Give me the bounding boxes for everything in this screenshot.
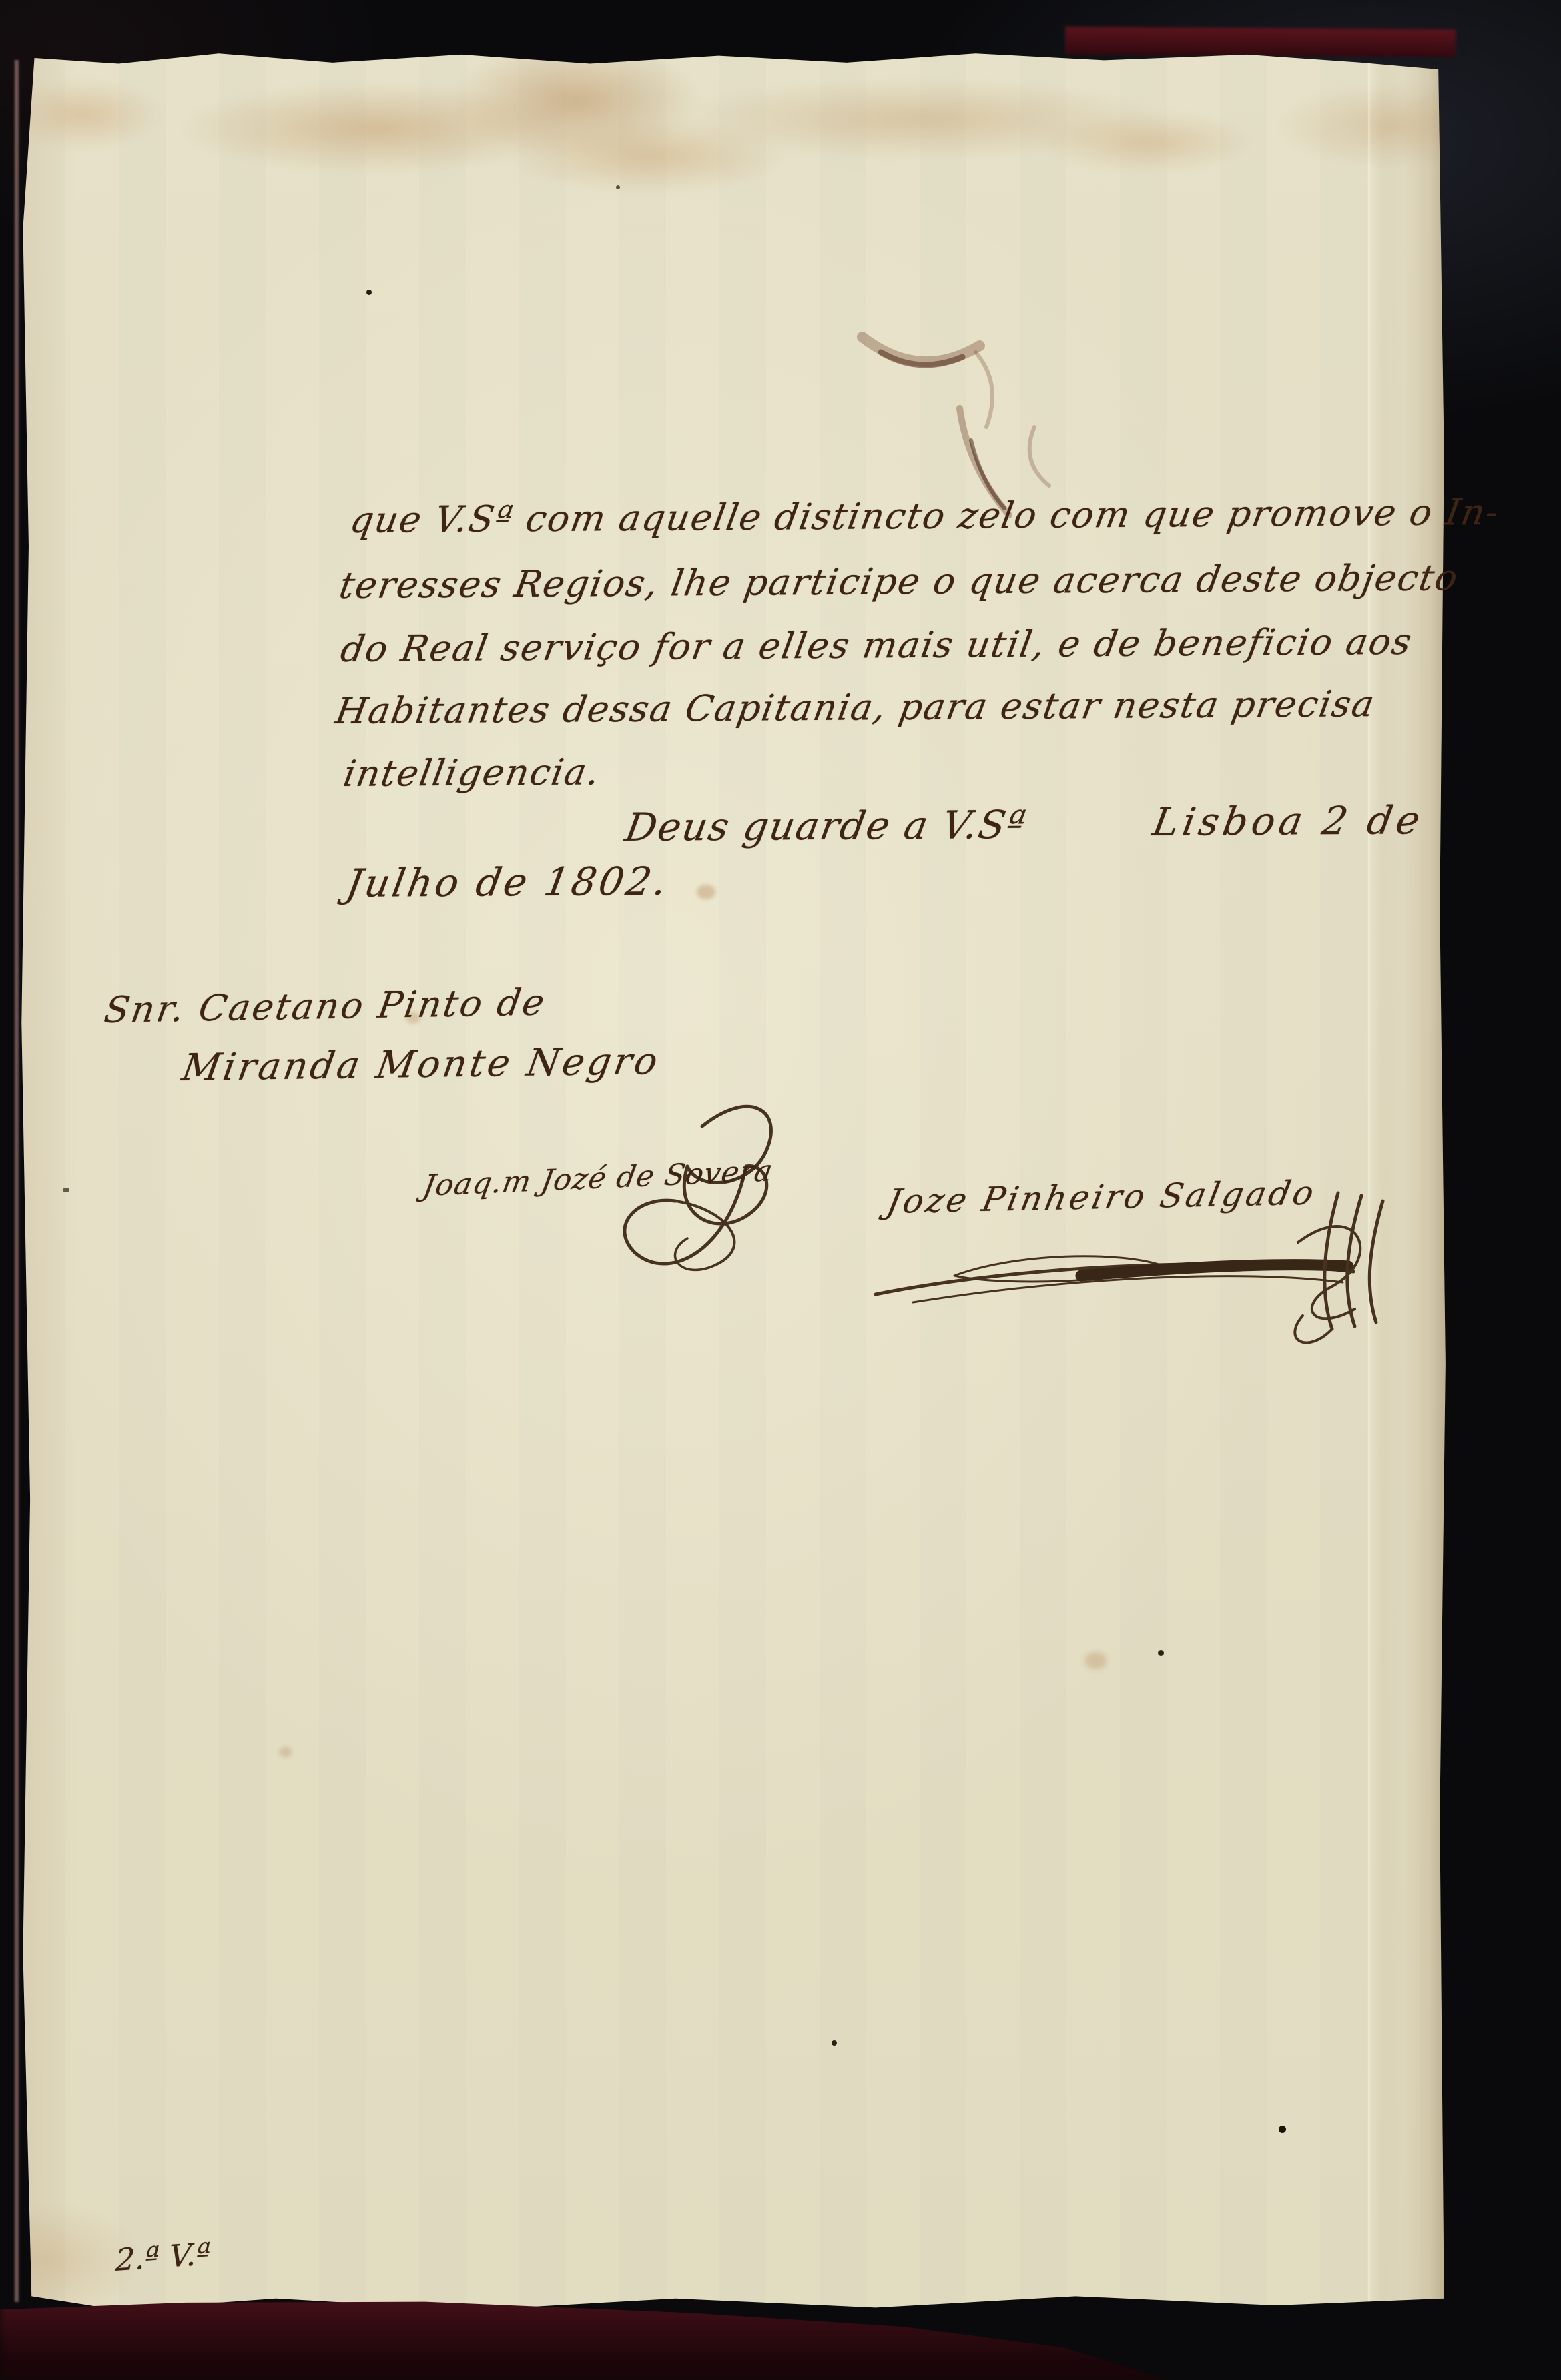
ink-speck: [63, 1188, 69, 1192]
ink-speck: [832, 2040, 837, 2046]
valediction: Deus guarde a V.Sª: [622, 802, 1030, 850]
ink-speck: [366, 290, 372, 295]
fox-spot: [697, 885, 715, 899]
scan-background: que V.Sª com aquelle distincto zelo com …: [0, 0, 1561, 2380]
place-date: Lisboa 2 de: [1149, 797, 1428, 845]
body-line-2: teresses Regios, lhe participe o que ace…: [336, 556, 1462, 607]
ink-speck: [616, 185, 620, 189]
right-fold-crease: [1368, 47, 1447, 2317]
paper-hole: [1279, 2126, 1286, 2133]
recipient-line-1: Snr. Caetano Pinto de: [101, 981, 549, 1031]
fox-spot: [1085, 1652, 1107, 1669]
scan-rim-left: [15, 60, 19, 2302]
book-edge-bottom: [0, 2294, 1328, 2380]
body-line-3: do Real serviço for a elles mais util, e…: [338, 621, 1416, 670]
body-line-5: intelligencia.: [340, 751, 604, 795]
fox-spot: [279, 1747, 292, 1757]
ink-speck: [1158, 1650, 1164, 1656]
archival-note: 2.ª V.ª: [115, 2235, 212, 2278]
recipient-line-2: Miranda Monte Negro: [179, 1040, 663, 1090]
body-line-4: Habitantes dessa Capitania, para estar n…: [332, 683, 1379, 732]
book-edge-top-right: [1065, 27, 1456, 57]
date-line: Julho de 1802.: [343, 859, 673, 906]
body-line-1: que V.Sª com aquelle distincto zelo com …: [347, 491, 1503, 541]
